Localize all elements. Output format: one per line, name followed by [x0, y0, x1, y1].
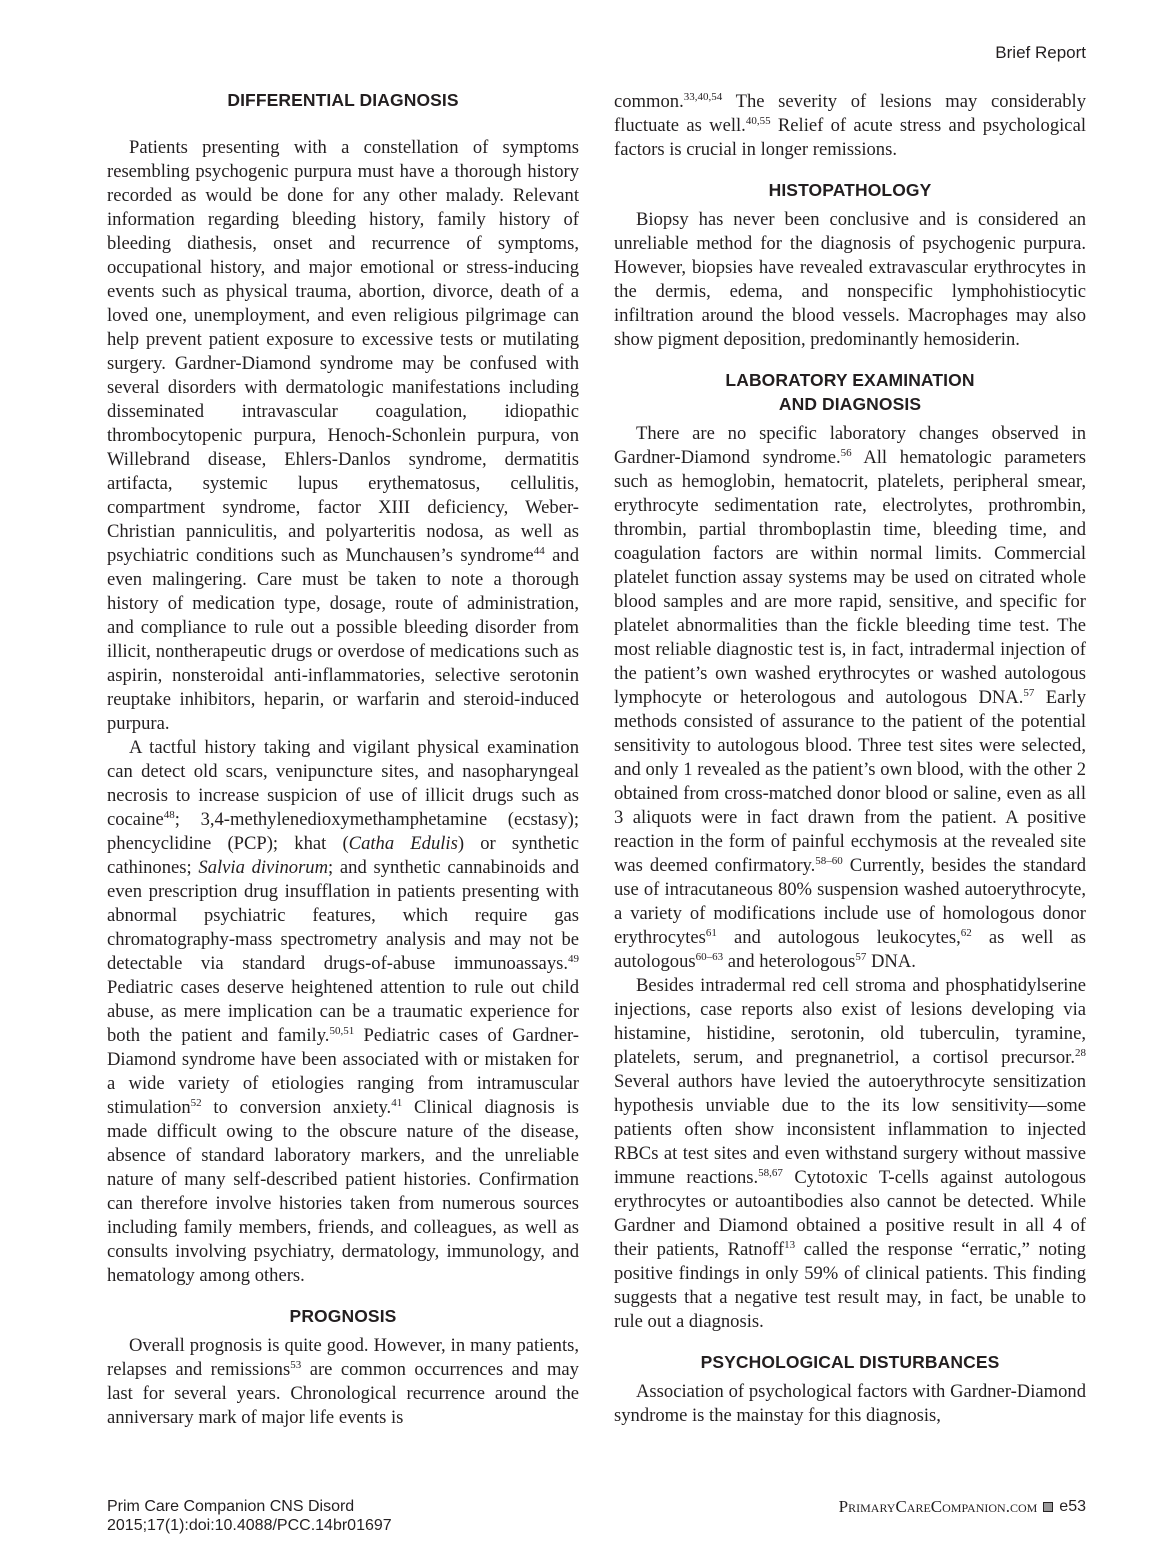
citation: 49	[568, 953, 579, 965]
citation: 57	[1023, 687, 1034, 699]
journal-page: Brief Report DIFFERENTIAL DIAGNOSIS Pati…	[0, 0, 1170, 1566]
paragraph: Association of psychological factors wit…	[614, 1380, 1086, 1428]
citation: 58–60	[815, 855, 843, 867]
paragraph: Patients presenting with a constellation…	[107, 136, 579, 736]
paragraph: A tactful history taking and vigilant ph…	[107, 736, 579, 1288]
footer-citation: Prim Care Companion CNS Disord 2015;17(1…	[107, 1497, 392, 1535]
right-column: common.33,40,54 The severity of lesions …	[614, 90, 1086, 1428]
citation: 28	[1075, 1047, 1086, 1059]
paragraph: There are no specific laboratory changes…	[614, 422, 1086, 974]
citation: 62	[961, 927, 972, 939]
citation: 44	[534, 545, 545, 557]
doi: 2015;17(1):doi:10.4088/PCC.14br01697	[107, 1516, 392, 1535]
footer-site: PrimaryCareCompanion.com e53	[839, 1497, 1086, 1516]
citation: 60–63	[696, 951, 724, 963]
citation: 33,40,54	[684, 91, 723, 103]
citation: 50,51	[329, 1025, 354, 1037]
paragraph: common.33,40,54 The severity of lesions …	[614, 90, 1086, 162]
citation: 40,55	[746, 115, 771, 127]
paragraph: Overall prognosis is quite good. However…	[107, 1334, 579, 1430]
running-head: Brief Report	[995, 43, 1086, 63]
citation: 41	[391, 1097, 402, 1109]
section-heading-prognosis: PROGNOSIS	[107, 1304, 579, 1328]
citation: 61	[706, 927, 717, 939]
citation: 53	[290, 1359, 301, 1371]
site-link[interactable]: PrimaryCareCompanion.com	[839, 1497, 1038, 1516]
section-heading-histopathology: HISTOPATHOLOGY	[614, 178, 1086, 202]
section-heading-psychological-disturbances: PSYCHOLOGICAL DISTURBANCES	[614, 1350, 1086, 1374]
paragraph: Besides intradermal red cell stroma and …	[614, 974, 1086, 1334]
citation: 52	[191, 1097, 202, 1109]
citation: 48	[164, 809, 175, 821]
section-heading-laboratory: LABORATORY EXAMINATIONAND DIAGNOSIS	[614, 368, 1086, 416]
citation: 13	[784, 1239, 795, 1251]
citation: 57	[855, 951, 866, 963]
square-bullet-icon	[1043, 1502, 1053, 1512]
citation: 56	[841, 447, 852, 459]
journal-name: Prim Care Companion CNS Disord	[107, 1497, 392, 1516]
citation: 58,67	[758, 1167, 783, 1179]
section-heading-differential-diagnosis: DIFFERENTIAL DIAGNOSIS	[107, 88, 579, 112]
left-column: DIFFERENTIAL DIAGNOSIS Patients presenti…	[107, 88, 579, 1430]
paragraph: Biopsy has never been conclusive and is …	[614, 208, 1086, 352]
page-number: e53	[1059, 1497, 1086, 1516]
